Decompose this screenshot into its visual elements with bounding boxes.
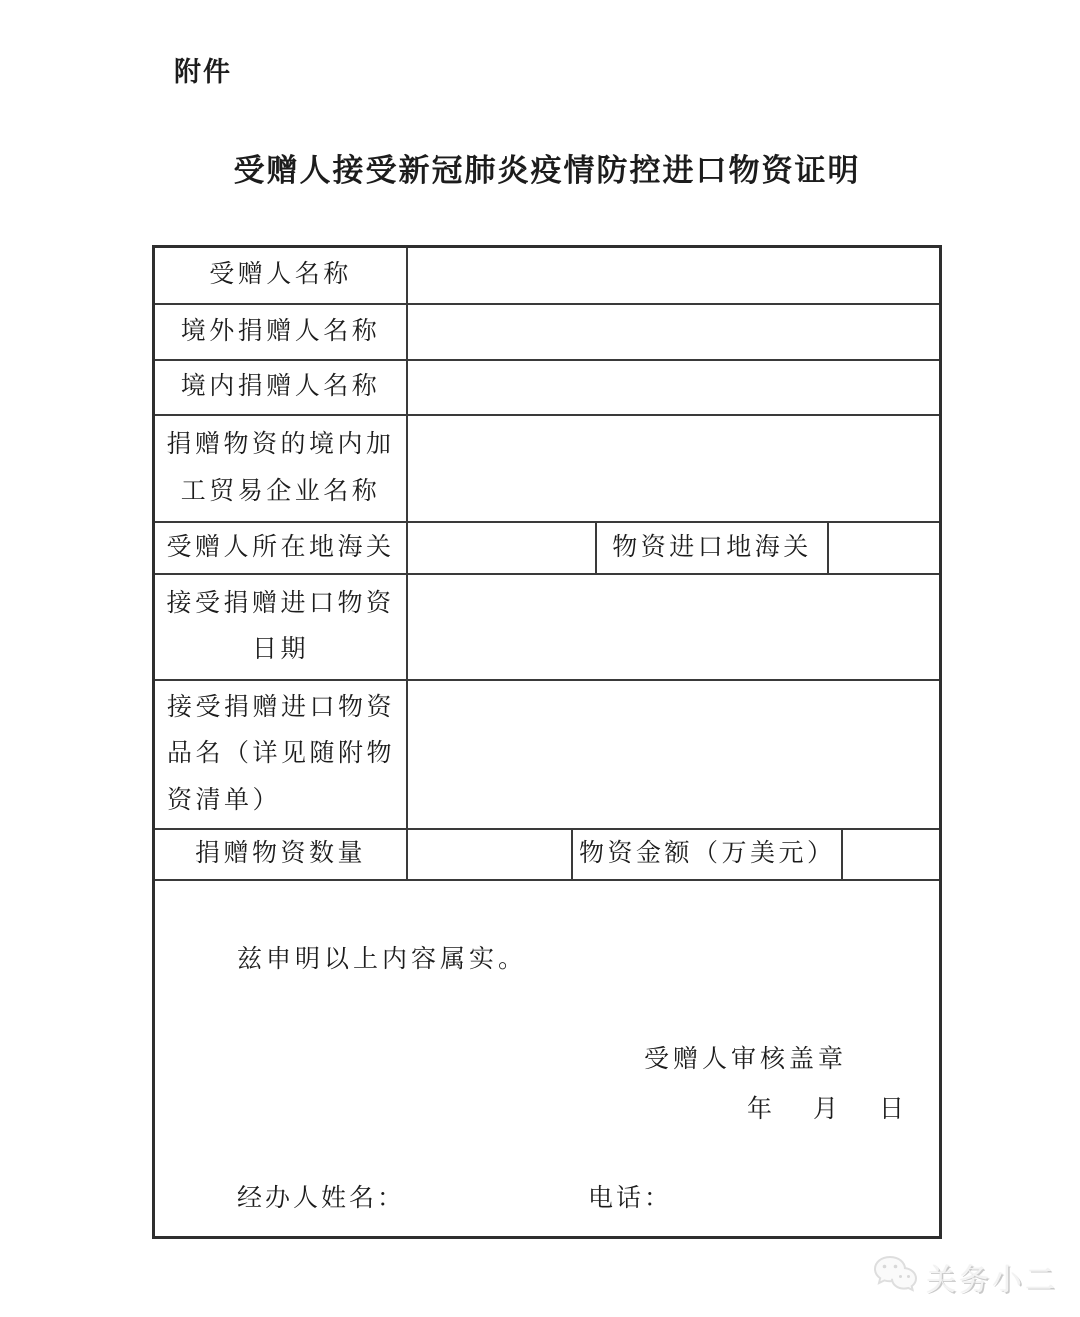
watermark-text: 关务小二 xyxy=(926,1255,1058,1299)
wechat-icon xyxy=(872,1254,918,1299)
row-value-goods-value-usd xyxy=(843,830,939,879)
table-row: 接受捐赠进口物资日期 xyxy=(155,575,939,681)
declaration-block: 兹申明以上内容属实。 受赠人审核盖章 年 月 日 经办人姓名： 电话： xyxy=(155,881,939,1236)
row-label-goods-quantity: 捐赠物资数量 xyxy=(155,830,408,879)
table-row: 接受捐赠进口物资品名（详见随附物资清单） xyxy=(155,681,939,830)
certificate-form-table: 受赠人名称 境外捐赠人名称 境内捐赠人名称 捐赠物资的境内加工贸易企业名称 受赠… xyxy=(152,245,942,1239)
row-label-goods-value-usd: 物资金额（万美元） xyxy=(573,830,843,879)
row-value-acceptance-date xyxy=(408,575,939,679)
row-label-acceptance-date: 接受捐赠进口物资日期 xyxy=(155,575,408,679)
row-label-recipient-name: 受赠人名称 xyxy=(155,248,408,303)
row-value-recipient-customs xyxy=(408,523,597,573)
page-title: 受赠人接受新冠肺炎疫情防控进口物资证明 xyxy=(152,145,942,190)
table-row: 受赠人名称 xyxy=(155,248,939,305)
row-label-overseas-donor-name: 境外捐赠人名称 xyxy=(155,305,408,359)
table-row: 受赠人所在地海关 物资进口地海关 xyxy=(155,523,939,575)
row-label-import-customs: 物资进口地海关 xyxy=(597,523,829,573)
date-fill-line: 年 月 日 xyxy=(747,1089,912,1125)
row-label-goods-name: 接受捐赠进口物资品名（详见随附物资清单） xyxy=(155,681,408,828)
table-row: 境外捐赠人名称 xyxy=(155,305,939,361)
row-label-processing-trade-enterprise: 捐赠物资的境内加工贸易企业名称 xyxy=(155,416,408,521)
row-label-domestic-donor-name: 境内捐赠人名称 xyxy=(155,361,408,414)
row-value-goods-name xyxy=(408,681,939,828)
watermark: 关务小二 xyxy=(872,1254,1058,1299)
table-row: 捐赠物资的境内加工贸易企业名称 xyxy=(155,416,939,523)
table-row: 捐赠物资数量 物资金额（万美元） xyxy=(155,830,939,881)
row-label-recipient-customs: 受赠人所在地海关 xyxy=(155,523,408,573)
row-value-domestic-donor-name xyxy=(408,361,939,414)
row-value-recipient-name xyxy=(408,248,939,303)
phone-label: 电话： xyxy=(588,1178,672,1214)
recipient-seal-label: 受赠人审核盖章 xyxy=(644,1039,847,1075)
row-value-goods-quantity xyxy=(408,830,573,879)
declaration-text: 兹申明以上内容属实。 xyxy=(237,939,527,975)
table-row: 境内捐赠人名称 xyxy=(155,361,939,416)
document-page: 附件 受赠人接受新冠肺炎疫情防控进口物资证明 受赠人名称 境外捐赠人名称 境内捐… xyxy=(0,0,1080,1317)
row-value-overseas-donor-name xyxy=(408,305,939,359)
row-value-processing-trade-enterprise xyxy=(408,416,939,521)
row-value-import-customs xyxy=(829,523,939,573)
agent-name-label: 经办人姓名： xyxy=(237,1178,405,1214)
attachment-label: 附件 xyxy=(174,50,232,89)
